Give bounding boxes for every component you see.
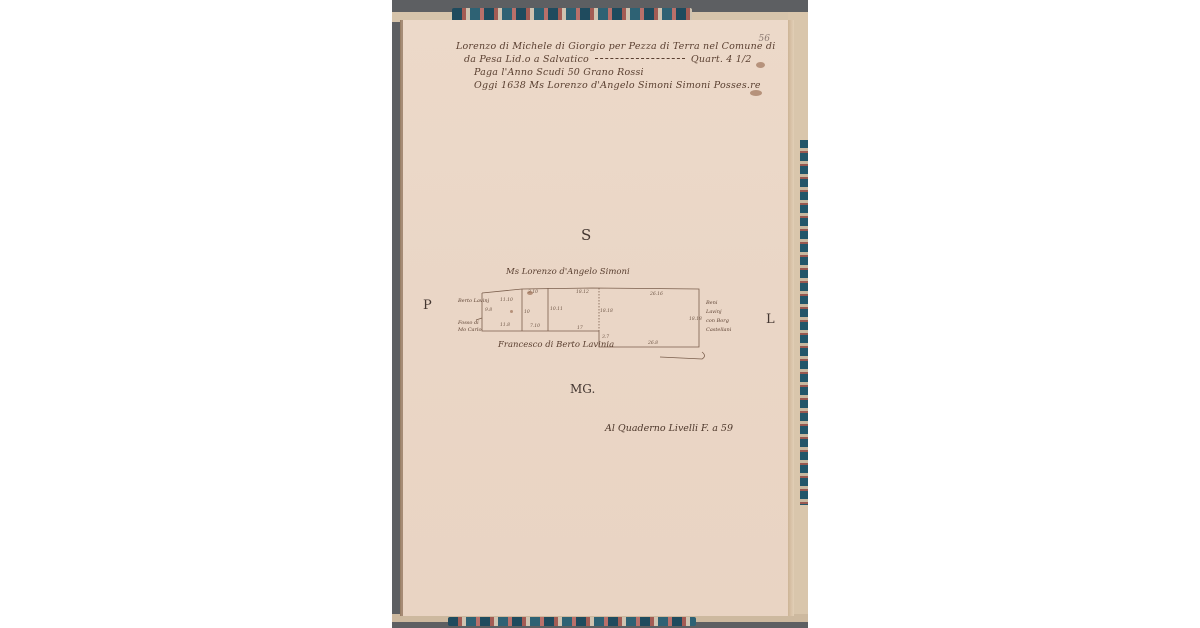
owner-top: Ms Lorenzo d'Angelo Simoni xyxy=(506,267,630,277)
ledger-reference: Al Quaderno Livelli F. a 59 xyxy=(605,423,733,434)
measure-bottom-mid-b: 17 xyxy=(577,326,583,331)
ink-stain xyxy=(756,62,765,68)
measure-right-side: 18.18 xyxy=(689,317,702,322)
measure-inner-b: 10.11 xyxy=(550,307,563,312)
heading-line-3: Paga l'Anno Scudi 50 Grano Rossi xyxy=(446,66,776,79)
owner-bottom: Francesco di Berto Lavinia xyxy=(498,340,614,350)
heading-suffix: Quart. 4 1/2 xyxy=(691,54,752,65)
measure-top-mid-b: 18.12 xyxy=(576,290,589,295)
heading-line-2-text: da Pesa Lid.o a Salvatico xyxy=(464,54,589,65)
manuscript-page: 56 Lorenzo di Michele di Giorgio per Pez… xyxy=(400,20,788,616)
owner-left-1: Berto Lavinj xyxy=(458,298,489,304)
measure-inner-c: 18.18 xyxy=(600,309,613,314)
page-edge xyxy=(788,20,794,616)
measure-top-right: 26.16 xyxy=(650,292,663,297)
owner-right-2: Lavinj xyxy=(706,309,722,315)
measure-bottom-right: 26.8 xyxy=(648,341,658,346)
ink-stain xyxy=(510,310,513,313)
compass-west-label: P xyxy=(423,298,432,313)
owner-right-3: con Borg xyxy=(706,318,729,324)
gutter-line xyxy=(400,20,403,616)
dash-rule xyxy=(595,58,685,59)
book-photograph: 56 Lorenzo di Michele di Giorgio per Pez… xyxy=(392,0,808,628)
owner-left-2: Fosso di xyxy=(458,320,479,326)
measure-top-left: 11.10 xyxy=(500,298,513,303)
ink-stain xyxy=(750,90,762,96)
measure-bottom-mid-a: 7.10 xyxy=(530,324,540,329)
owner-left-3: Mo Carlo xyxy=(458,327,482,333)
measure-inner-a: 10 xyxy=(524,310,530,315)
owner-right-1: Beni xyxy=(706,300,717,306)
decorated-edge-strip xyxy=(800,140,808,505)
headband-bottom xyxy=(448,617,696,626)
measure-step: 3.7 xyxy=(602,335,609,340)
ink-stain xyxy=(527,291,533,295)
compass-north-label: S xyxy=(581,226,591,244)
land-plot-plan: Ms Lorenzo d'Angelo Simoni Francesco di … xyxy=(450,260,780,390)
measure-left-side: 9.8 xyxy=(485,308,492,313)
heading-line-4: Oggi 1638 Ms Lorenzo d'Angelo Simoni Sim… xyxy=(446,79,776,92)
heading-line-1: Lorenzo di Michele di Giorgio per Pezza … xyxy=(446,40,776,53)
owner-right-4: Castellani xyxy=(706,327,731,333)
heading-line-2: da Pesa Lid.o a SalvaticoQuart. 4 1/2 xyxy=(446,53,776,66)
measure-bottom-left: 11.8 xyxy=(500,323,510,328)
heading-block: Lorenzo di Michele di Giorgio per Pezza … xyxy=(446,40,776,92)
